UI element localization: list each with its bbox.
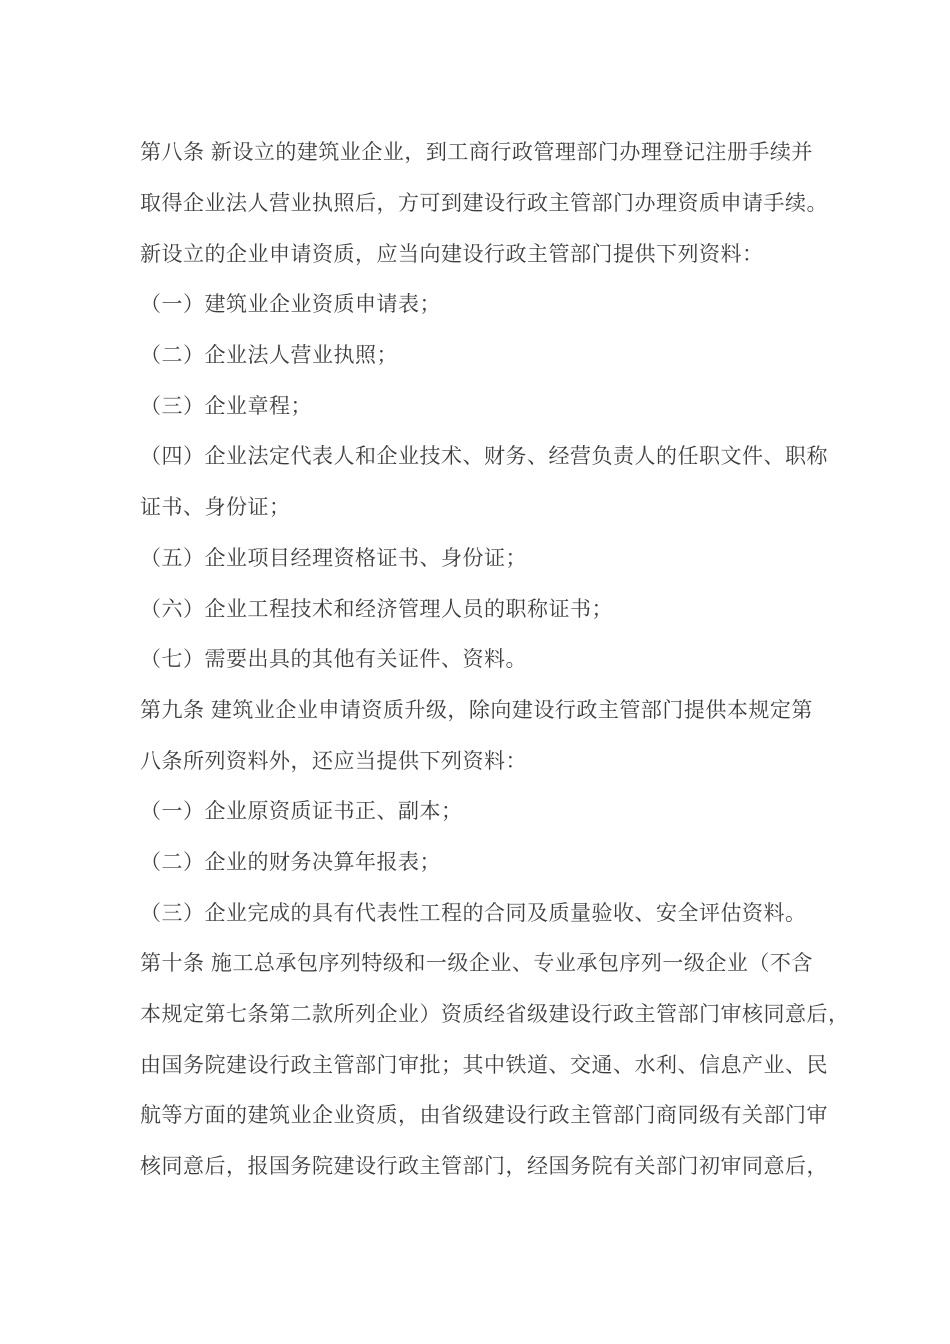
- document-line: 新设立的企业申请资质，应当向建设行政主管部门提供下列资料：: [140, 227, 860, 278]
- document-line: 核同意后，报国务院建设行政主管部门，经国务院有关部门初审同意后，: [140, 1140, 860, 1191]
- document-line: （五）企业项目经理资格证书、身份证；: [140, 532, 860, 583]
- document-line: （一）建筑业企业资质申请表；: [140, 278, 860, 329]
- document-page: 第八条 新设立的建筑业企业，到工商行政管理部门办理登记注册手续并 取得企业法人营…: [0, 0, 950, 1344]
- document-line: （一）企业原资质证书正、副本；: [140, 785, 860, 836]
- document-line: 第十条 施工总承包序列特级和一级企业、专业承包序列一级企业（不含: [140, 937, 860, 988]
- document-line: （六）企业工程技术和经济管理人员的职称证书；: [140, 582, 860, 633]
- document-line: 取得企业法人营业执照后，方可到建设行政主管部门办理资质申请手续。: [140, 177, 860, 228]
- document-line: 第九条 建筑业企业申请资质升级，除向建设行政主管部门提供本规定第: [140, 684, 860, 735]
- document-line: 八条所列资料外，还应当提供下列资料：: [140, 734, 860, 785]
- document-line: （七）需要出具的其他有关证件、资料。: [140, 633, 860, 684]
- document-line: （二）企业法人营业执照；: [140, 329, 860, 380]
- document-line: 本规定第七条第二款所列企业）资质经省级建设行政主管部门审核同意后，: [140, 988, 860, 1039]
- document-line: （四）企业法定代表人和企业技术、财务、经营负责人的任职文件、职称: [140, 430, 860, 481]
- document-line: （三）企业章程；: [140, 379, 860, 430]
- document-line: （三）企业完成的具有代表性工程的合同及质量验收、安全评估资料。: [140, 886, 860, 937]
- document-line: 航等方面的建筑业企业资质，由省级建设行政主管部门商同级有关部门审: [140, 1089, 860, 1140]
- document-line: （二）企业的财务决算年报表；: [140, 836, 860, 887]
- document-line: 证书、身份证；: [140, 481, 860, 532]
- document-line: 由国务院建设行政主管部门审批；其中铁道、交通、水利、信息产业、民: [140, 1038, 860, 1089]
- document-line: 第八条 新设立的建筑业企业，到工商行政管理部门办理登记注册手续并: [140, 126, 860, 177]
